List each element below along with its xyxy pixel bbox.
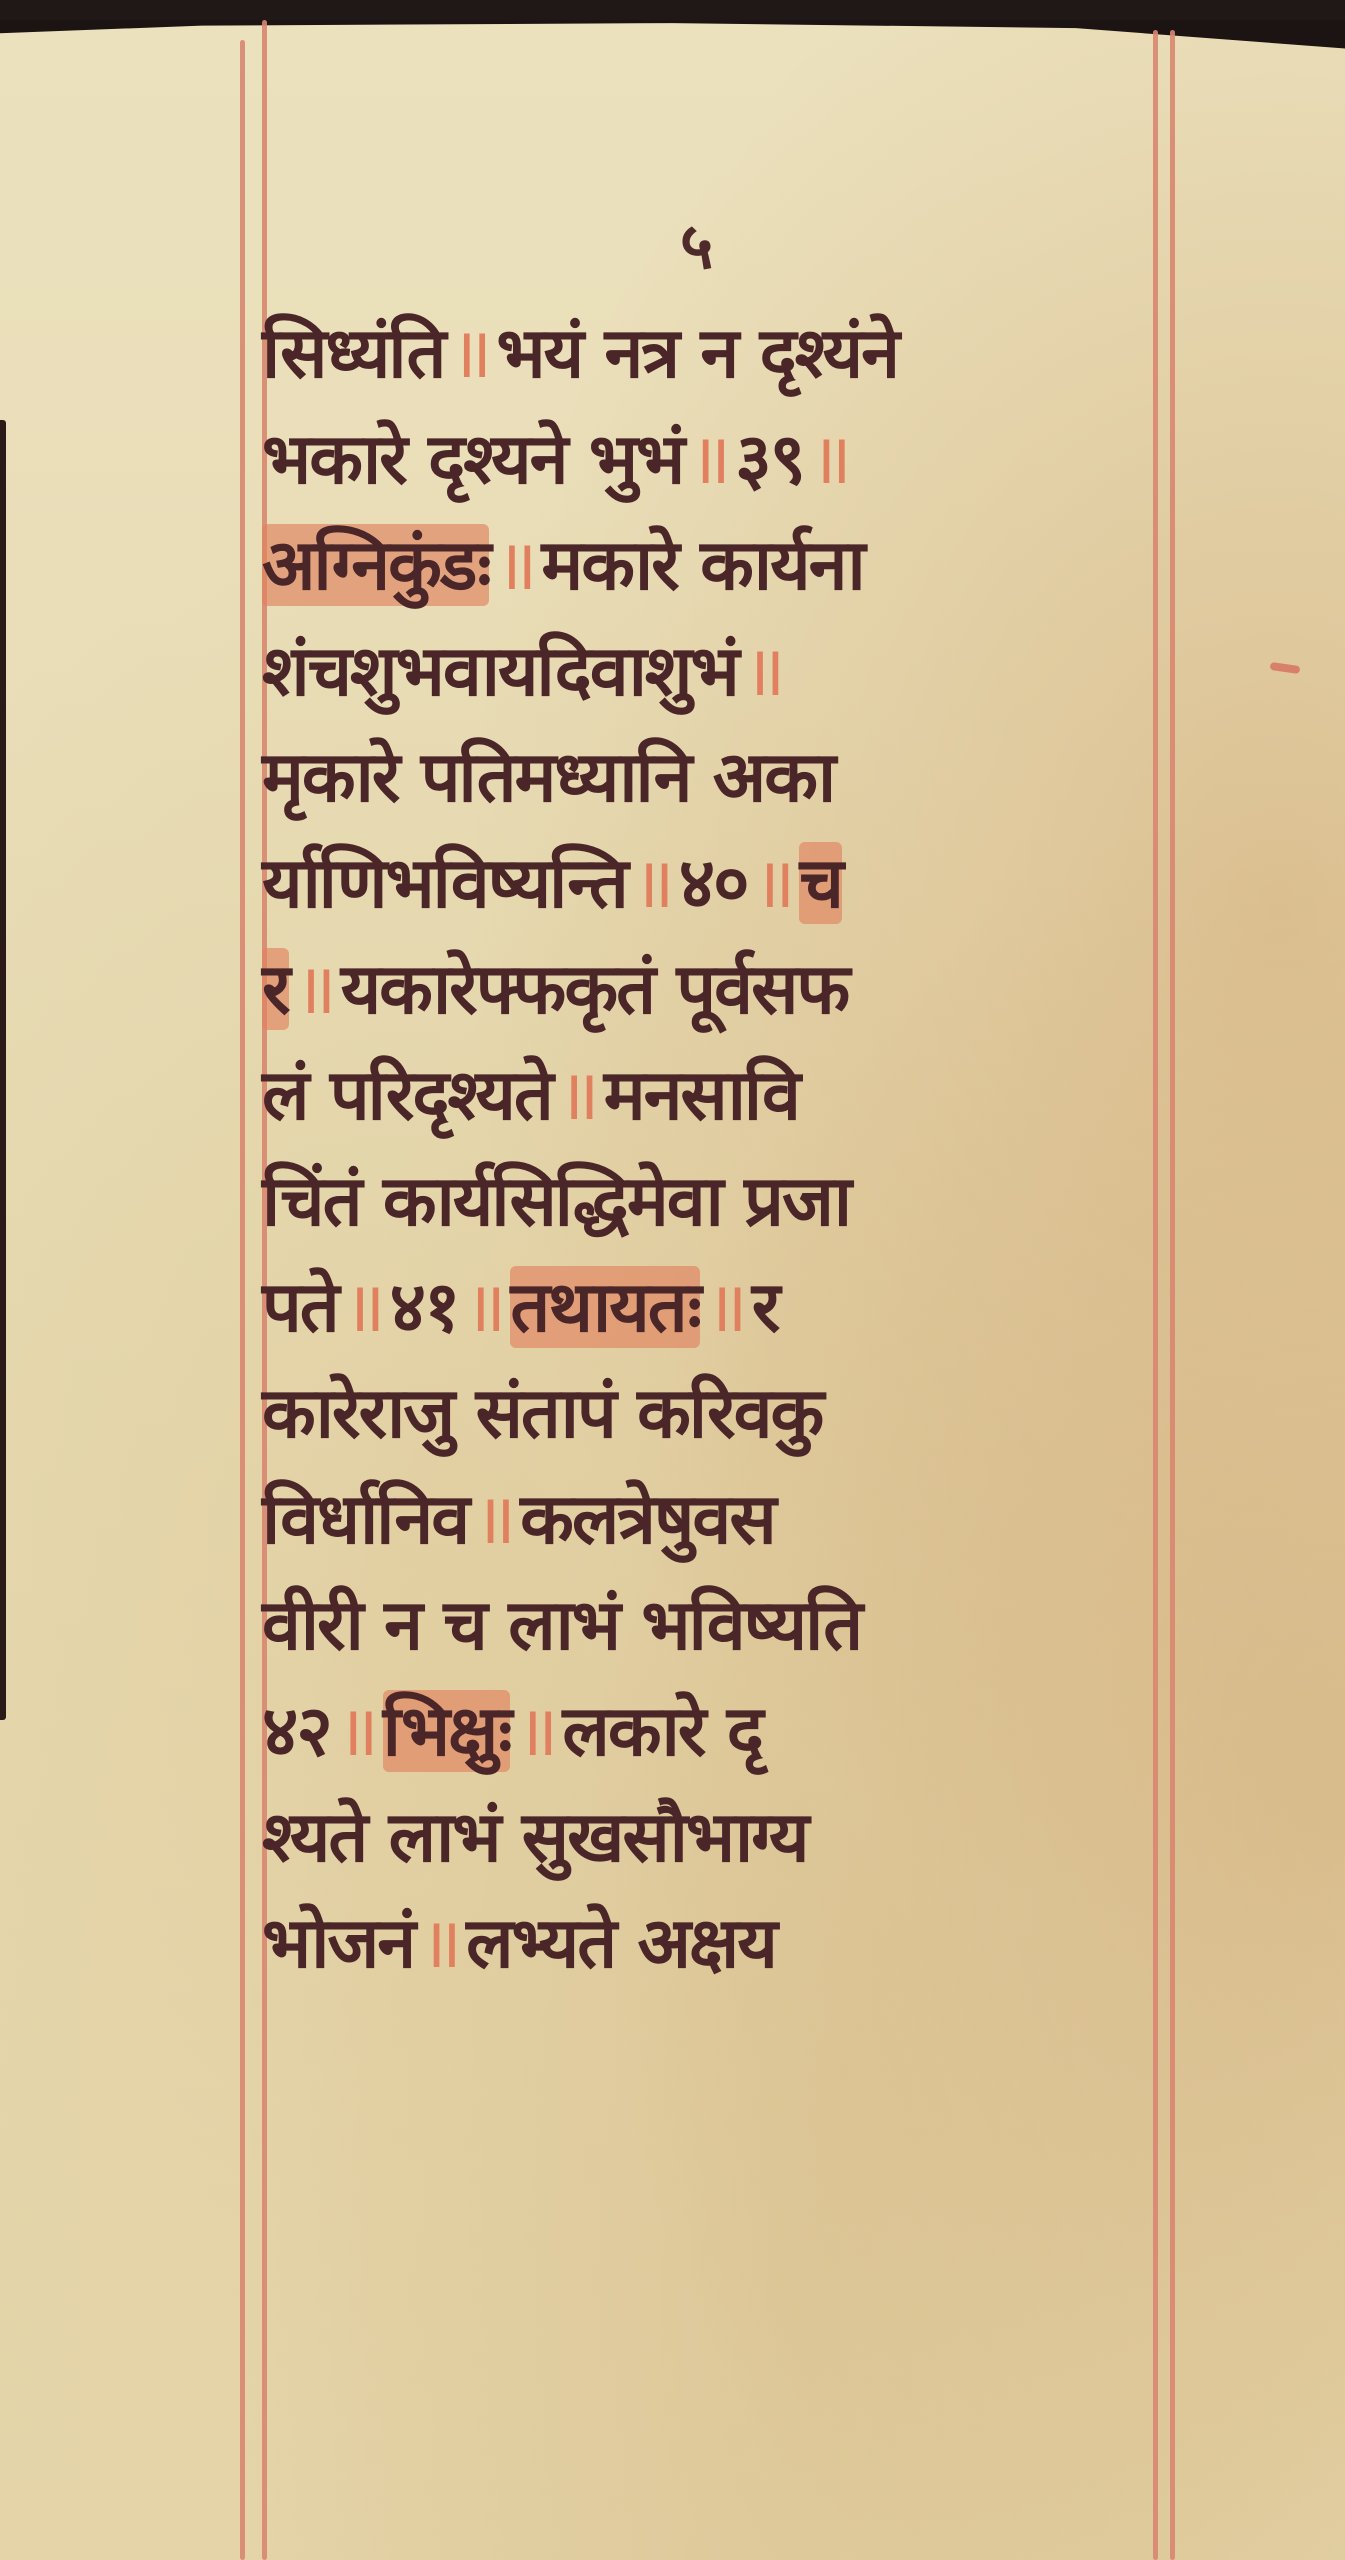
text-segment: शंचशुभवायदिवाशुभं (262, 630, 738, 712)
text-segment: कारेराजु संतापं करिवकु (262, 1372, 822, 1454)
text-segment: र्याणिभविष्यन्ति (262, 842, 627, 924)
text-segment: लभ्यते अक्षय (466, 1902, 776, 1984)
text-segment: ३९ (735, 418, 804, 500)
manuscript-line: ४२॥भिक्षुः॥लकारे दृ (262, 1678, 1142, 1784)
manuscript-line: चिंतं कार्यसिद्धिमेवा प्रजा (262, 1148, 1142, 1254)
danda-punctuation: ॥ (338, 1266, 390, 1348)
text-segment: लकारे दृ (562, 1690, 762, 1772)
text-segment: मनसावि (604, 1054, 799, 1136)
manuscript-line: र्याणिभविष्यन्ति॥४०॥च (262, 830, 1142, 936)
text-segment: चिंतं कार्यसिद्धिमेवा प्रजा (262, 1160, 850, 1242)
text-segment: ४२ (262, 1690, 331, 1772)
text-segment: सिध्यंति (262, 312, 444, 394)
rubricated-word: च (799, 842, 841, 924)
right-margin-rule-outer (1170, 30, 1175, 2560)
rubricated-word: र (262, 948, 289, 1030)
text-segment: यकारेफ्फकृतं पूर्वसफ (341, 948, 849, 1030)
danda-punctuation: ॥ (683, 418, 735, 500)
danda-punctuation: ॥ (468, 1478, 520, 1560)
manuscript-line: मृकारे पतिमध्यानि अका (262, 724, 1142, 830)
manuscript-line: श्यते लाभं सुखसौभाग्य (262, 1784, 1142, 1890)
danda-punctuation: ॥ (627, 842, 679, 924)
backdrop (0, 0, 1345, 20)
danda-punctuation: ॥ (444, 312, 496, 394)
manuscript-line: भोजनं॥लभ्यते अक्षय (262, 1890, 1142, 1996)
danda-punctuation: ॥ (331, 1690, 383, 1772)
text-segment: मृकारे पतिमध्यानि अका (262, 736, 834, 818)
text-segment: ४० (679, 842, 748, 924)
danda-punctuation: ॥ (458, 1266, 510, 1348)
danda-punctuation: ॥ (489, 524, 541, 606)
manuscript-line: वीरी न च लाभं भविष्यति (262, 1572, 1142, 1678)
text-segment: मकारे कार्यना (541, 524, 863, 606)
text-segment: कलत्रेषुवस (520, 1478, 775, 1560)
text-segment: ४१ (390, 1266, 459, 1348)
manuscript-text-block: सिध्यंति॥भयं नत्र न दृश्यंनेभकारे दृश्यन… (262, 300, 1142, 1996)
text-segment: र (752, 1266, 779, 1348)
manuscript-line: विर्धानिव॥कलत्रेषुवस (262, 1466, 1142, 1572)
right-margin-rule-inner (1153, 30, 1158, 2560)
text-segment: भयं नत्र न दृश्यंने (496, 312, 898, 394)
manuscript-line: लं परिदृश्यते॥मनसावि (262, 1042, 1142, 1148)
danda-punctuation: ॥ (804, 418, 856, 500)
manuscript-line: सिध्यंति॥भयं नत्र न दृश्यंने (262, 300, 1142, 406)
text-segment: भकारे दृश्यने भुभं (262, 418, 683, 500)
folio-edge-shadow (0, 420, 6, 1720)
manuscript-line: र॥यकारेफ्फकृतं पूर्वसफ (262, 936, 1142, 1042)
text-segment: भोजनं (262, 1902, 414, 1984)
manuscript-line: भकारे दृश्यने भुभं॥३९॥ (262, 406, 1142, 512)
page-number: ५ (680, 200, 713, 287)
left-margin-rule-outer (240, 40, 245, 2560)
danda-punctuation: ॥ (289, 948, 341, 1030)
text-segment: लं परिदृश्यते (262, 1054, 552, 1136)
danda-punctuation: ॥ (748, 842, 800, 924)
rubricated-word: भिक्षुः (383, 1690, 511, 1772)
text-segment: पते (262, 1266, 338, 1348)
danda-punctuation: ॥ (552, 1054, 604, 1136)
manuscript-line: कारेराजु संतापं करिवकु (262, 1360, 1142, 1466)
manuscript-line: अग्निकुंडः॥मकारे कार्यना (262, 512, 1142, 618)
manuscript-line: शंचशुभवायदिवाशुभं॥ (262, 618, 1142, 724)
danda-punctuation: ॥ (738, 630, 790, 712)
rubricated-word: तथायतः (510, 1266, 699, 1348)
rubricated-word: अग्निकुंडः (262, 524, 489, 606)
text-segment: वीरी न च लाभं भविष्यति (262, 1584, 861, 1666)
danda-punctuation: ॥ (700, 1266, 752, 1348)
manuscript-line: पते॥४१॥तथायतः॥र (262, 1254, 1142, 1360)
danda-punctuation: ॥ (414, 1902, 466, 1984)
text-segment: श्यते लाभं सुखसौभाग्य (262, 1796, 807, 1878)
text-segment: विर्धानिव (262, 1478, 468, 1560)
danda-punctuation: ॥ (510, 1690, 562, 1772)
